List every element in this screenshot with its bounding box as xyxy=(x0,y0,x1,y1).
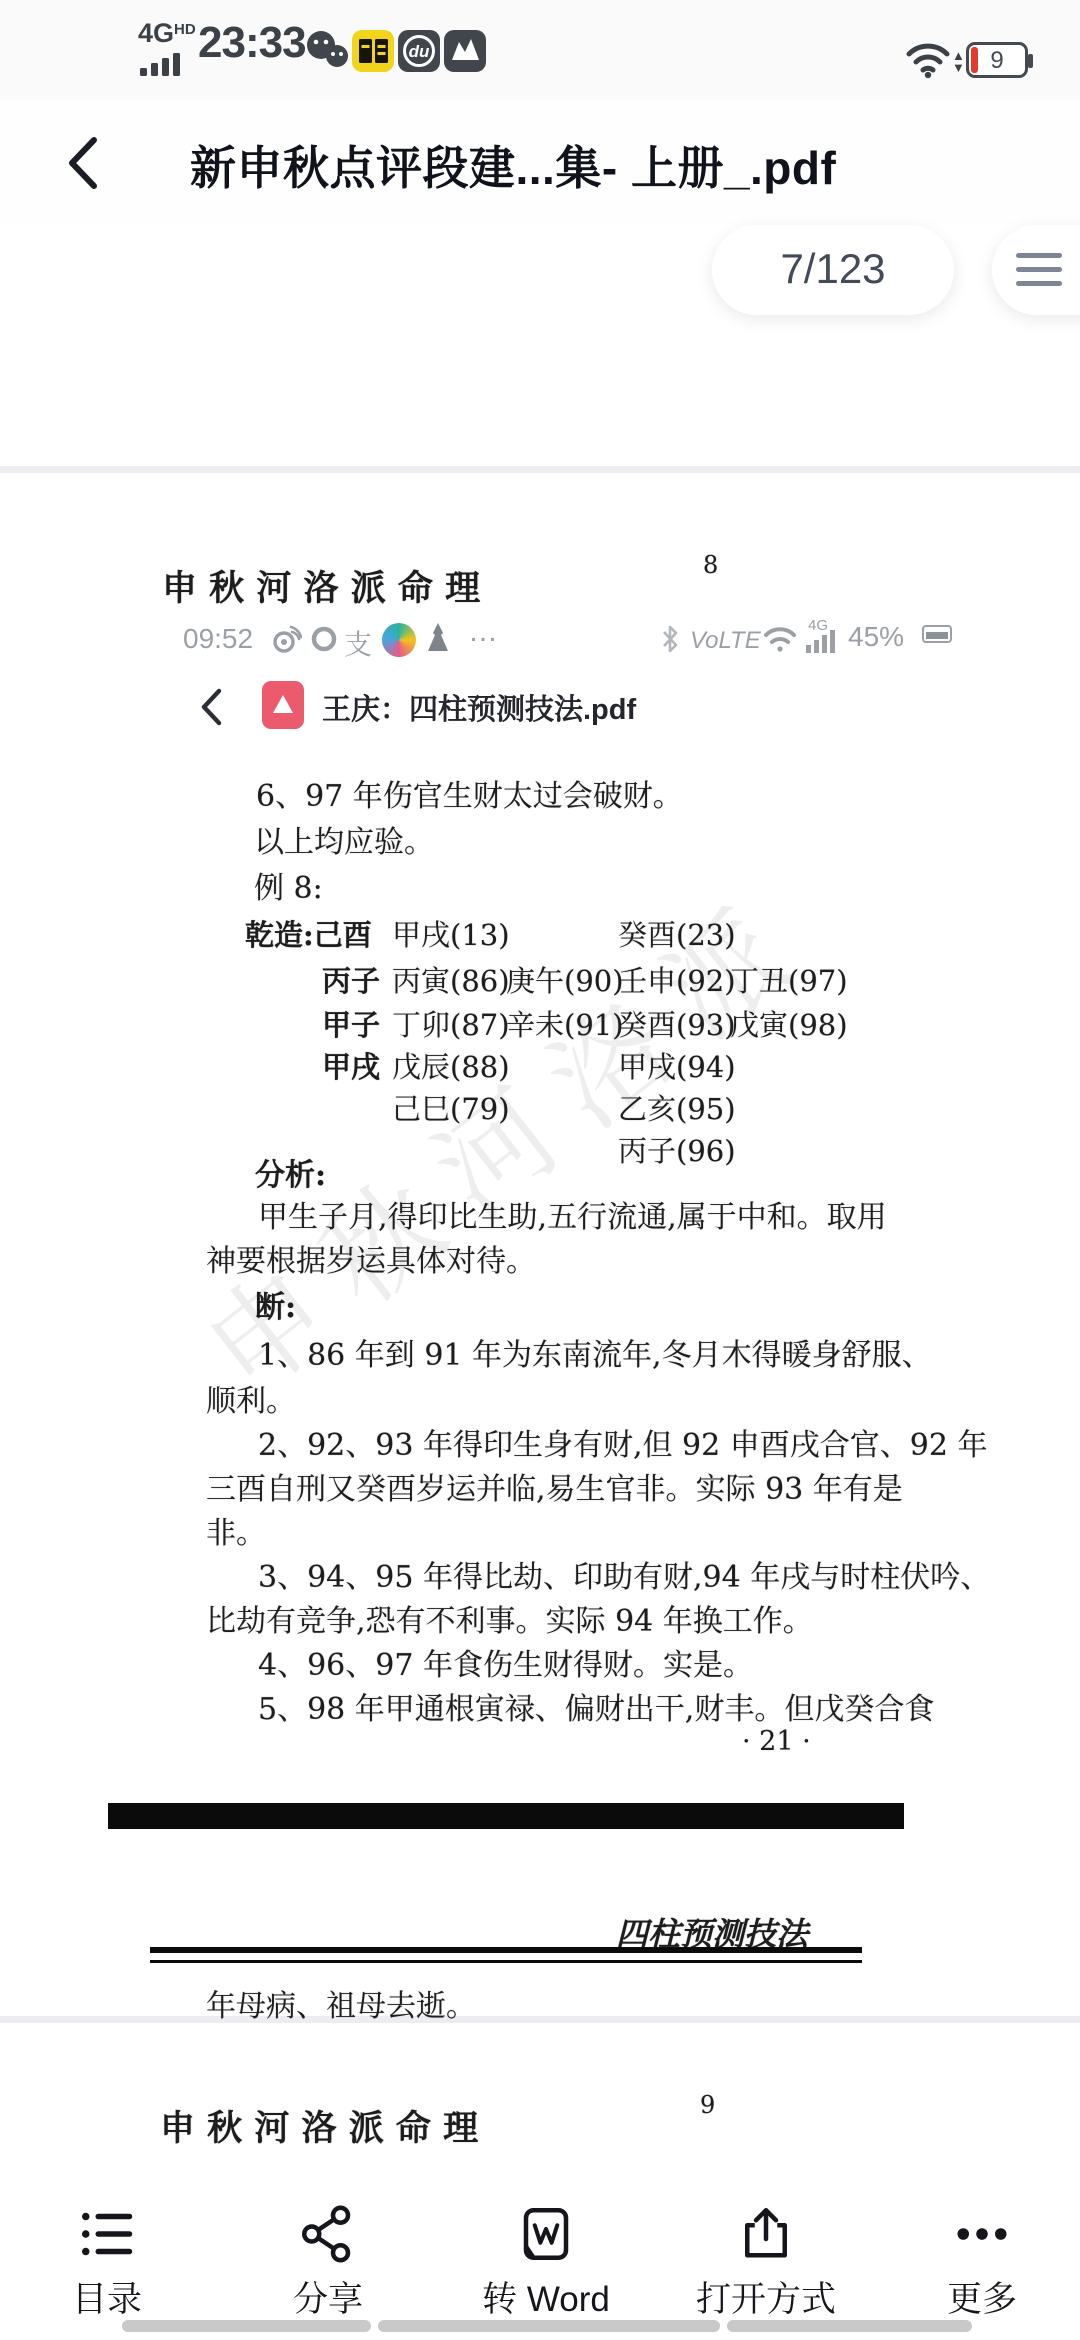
table-cell: 甲子 xyxy=(322,1003,380,1044)
doc-line: 以上均应验。 xyxy=(254,817,434,861)
outline-menu-pill[interactable] xyxy=(992,225,1080,315)
doc-line: 2、92、93 年得印生身有财,但 92 申酉戌合官、92 年 xyxy=(258,1420,987,1464)
table-cell: 丙寅(86) xyxy=(392,959,510,1000)
scan-page-header: 申 秋 河 洛 派 命 理 xyxy=(162,561,480,611)
table-cell: 丙子(96) xyxy=(618,1129,736,1170)
open-with-icon xyxy=(734,2204,798,2264)
page-indicator-pill[interactable]: 7/123 xyxy=(712,225,954,315)
doc-line: 4、96、97 年食伤生财得财。实是。 xyxy=(258,1640,753,1684)
back-button[interactable] xyxy=(60,134,106,192)
table-cell: 庚午(90) xyxy=(506,959,624,1000)
toolbar-label: 转 Word xyxy=(446,2272,646,2322)
pdf-viewer[interactable]: 申秋河洛派 申 秋 河 洛 派 命 理 8 09:52 支 … VoLTE xyxy=(0,225,1080,2190)
analysis-label: 分析: xyxy=(255,1150,326,1194)
status-bar: 4GHD 23:33 du xyxy=(0,0,1080,100)
doc-line: 比劫有竞争,恐有不利事。实际 94 年换工作。 xyxy=(206,1596,813,1640)
scan-page8-number: 9 xyxy=(700,2091,715,2119)
scan-corner-page-number: 8 xyxy=(703,551,718,579)
toolbar-label: 打开方式 xyxy=(666,2272,866,2322)
scan-rule-thick xyxy=(150,1947,862,1953)
document-title: 新申秋点评段建...集- 上册_.pdf xyxy=(190,132,836,198)
screen: 4GHD 23:33 du xyxy=(0,0,1080,2340)
toolbar-label: 分享 xyxy=(228,2272,428,2322)
inner-back-icon xyxy=(198,687,224,727)
catalog-list-icon xyxy=(75,2204,139,2264)
colorwheel-app-icon xyxy=(382,623,416,657)
table-cell: 甲戌 xyxy=(322,1045,380,1086)
inner-signal-icon: 4G xyxy=(804,623,838,662)
doc-line: 6、97 年伤官生财太过会破财。 xyxy=(256,771,683,815)
table-cell: 戊寅(98) xyxy=(730,1003,848,1044)
inner-wifi-icon xyxy=(762,625,798,653)
table-cell: 戊辰(88) xyxy=(392,1045,510,1086)
toolbar-item-to-word[interactable]: 转 Word xyxy=(446,2200,646,2330)
statue-icon xyxy=(424,621,454,655)
table-cell: 乙亥(95) xyxy=(618,1087,736,1128)
doc-line: 例 8: xyxy=(254,863,323,907)
doc-line: 三酉自刑又癸酉岁运并临,易生官非。实际 93 年有是 xyxy=(206,1464,903,1508)
home-indicator-segment xyxy=(122,2320,371,2332)
du-app-icon: du xyxy=(398,30,440,72)
doc-line: 5、98 年甲通根寅禄、偏财出干,财丰。但戊癸合食 xyxy=(258,1684,934,1728)
table-cell: 己巳(79) xyxy=(392,1087,510,1128)
scan-black-bar xyxy=(108,1803,904,1829)
page-separator xyxy=(0,2016,1080,2023)
table-cell: 丁卯(87) xyxy=(392,1003,510,1044)
toolbar-item-more[interactable]: 更多 xyxy=(882,2200,1080,2330)
gallery-app-icon xyxy=(444,30,486,72)
network-type: 4G xyxy=(138,18,174,48)
battery-icon: 9 xyxy=(966,42,1028,78)
pdf-file-icon xyxy=(262,681,304,729)
scan-rule-thin xyxy=(150,1960,862,1963)
table-cell: 甲戌(13) xyxy=(392,913,510,954)
status-ellipsis: … xyxy=(468,615,498,649)
wifi-icon xyxy=(905,42,951,80)
clock: 23:33 xyxy=(198,18,306,68)
inner-battery-icon xyxy=(922,625,952,643)
network-indicator: 4GHD xyxy=(138,20,198,47)
toolbar-label: 目录 xyxy=(7,2272,207,2322)
bluetooth-icon xyxy=(660,625,680,653)
yellow-app-icon xyxy=(352,30,394,72)
bottom-toolbar: 目录 分享 转 Word 打开方式 xyxy=(0,2190,1080,2340)
toolbar-item-share[interactable]: 分享 xyxy=(228,2200,428,2330)
toolbar-item-catalog[interactable]: 目录 xyxy=(7,2200,207,2330)
home-indicator-segment xyxy=(378,2320,720,2332)
toolbar-item-open-with[interactable]: 打开方式 xyxy=(666,2200,866,2330)
doc-line: 顺利。 xyxy=(206,1376,296,1420)
scan-page8-header: 申 秋 河 洛 派 命 理 xyxy=(160,2101,478,2151)
table-cell: 甲戌(94) xyxy=(618,1045,736,1086)
table-cell: 癸酉(93) xyxy=(618,1003,736,1044)
page-separator xyxy=(0,466,1080,473)
wifi-activity-arrows-icon: ▲▼ xyxy=(952,50,965,74)
doc-line: 1、86 年到 91 年为东南流年,冬月木得暖身舒服、 xyxy=(258,1330,932,1374)
doc-line: 神要根据岁运具体对待。 xyxy=(206,1236,536,1280)
battery-level: 9 xyxy=(969,47,1025,75)
volte-indicator: VoLTE xyxy=(690,627,761,655)
table-cell: 丁丑(97) xyxy=(730,959,848,1000)
doc-line: 年母病、祖母去逝。 xyxy=(206,1981,476,2025)
weibo-icon xyxy=(272,625,302,653)
inner-doc-title: 王庆：四柱预测技法.pdf xyxy=(322,687,636,728)
title-bar: 新申秋点评段建...集- 上册_.pdf xyxy=(0,100,1080,225)
scan-page-footer: · 21 · xyxy=(742,1726,811,1757)
duan-label: 断: xyxy=(255,1282,296,1326)
more-dots-icon xyxy=(950,2204,1014,2264)
inner-battery-pct: 45% xyxy=(848,621,904,653)
table-cell: 乾造:己酉 xyxy=(245,913,372,954)
wechat-icon xyxy=(302,28,352,74)
network-badge: HD xyxy=(174,21,196,38)
home-indicator-segment xyxy=(727,2320,972,2332)
share-icon xyxy=(296,2204,360,2264)
signal-bars-icon xyxy=(140,52,180,76)
inner-clock: 09:52 xyxy=(183,623,253,655)
doc-line: 非。 xyxy=(206,1508,266,1552)
doc-line: 甲生子月,得印比生助,五行流通,属于中和。取用 xyxy=(258,1192,887,1236)
table-cell: 丙子 xyxy=(322,959,380,1000)
table-cell: 壬申(92) xyxy=(618,959,736,1000)
doc-line: 3、94、95 年得比劫、印助有财,94 年戌与时柱伏吟、 xyxy=(258,1552,990,1596)
toolbar-label: 更多 xyxy=(882,2272,1080,2322)
table-cell: 辛未(91) xyxy=(506,1003,624,1044)
alipay-icon: 支 xyxy=(344,623,372,663)
camera-ring-icon xyxy=(310,625,338,653)
table-cell: 癸酉(23) xyxy=(618,913,736,954)
word-convert-icon xyxy=(514,2204,578,2264)
